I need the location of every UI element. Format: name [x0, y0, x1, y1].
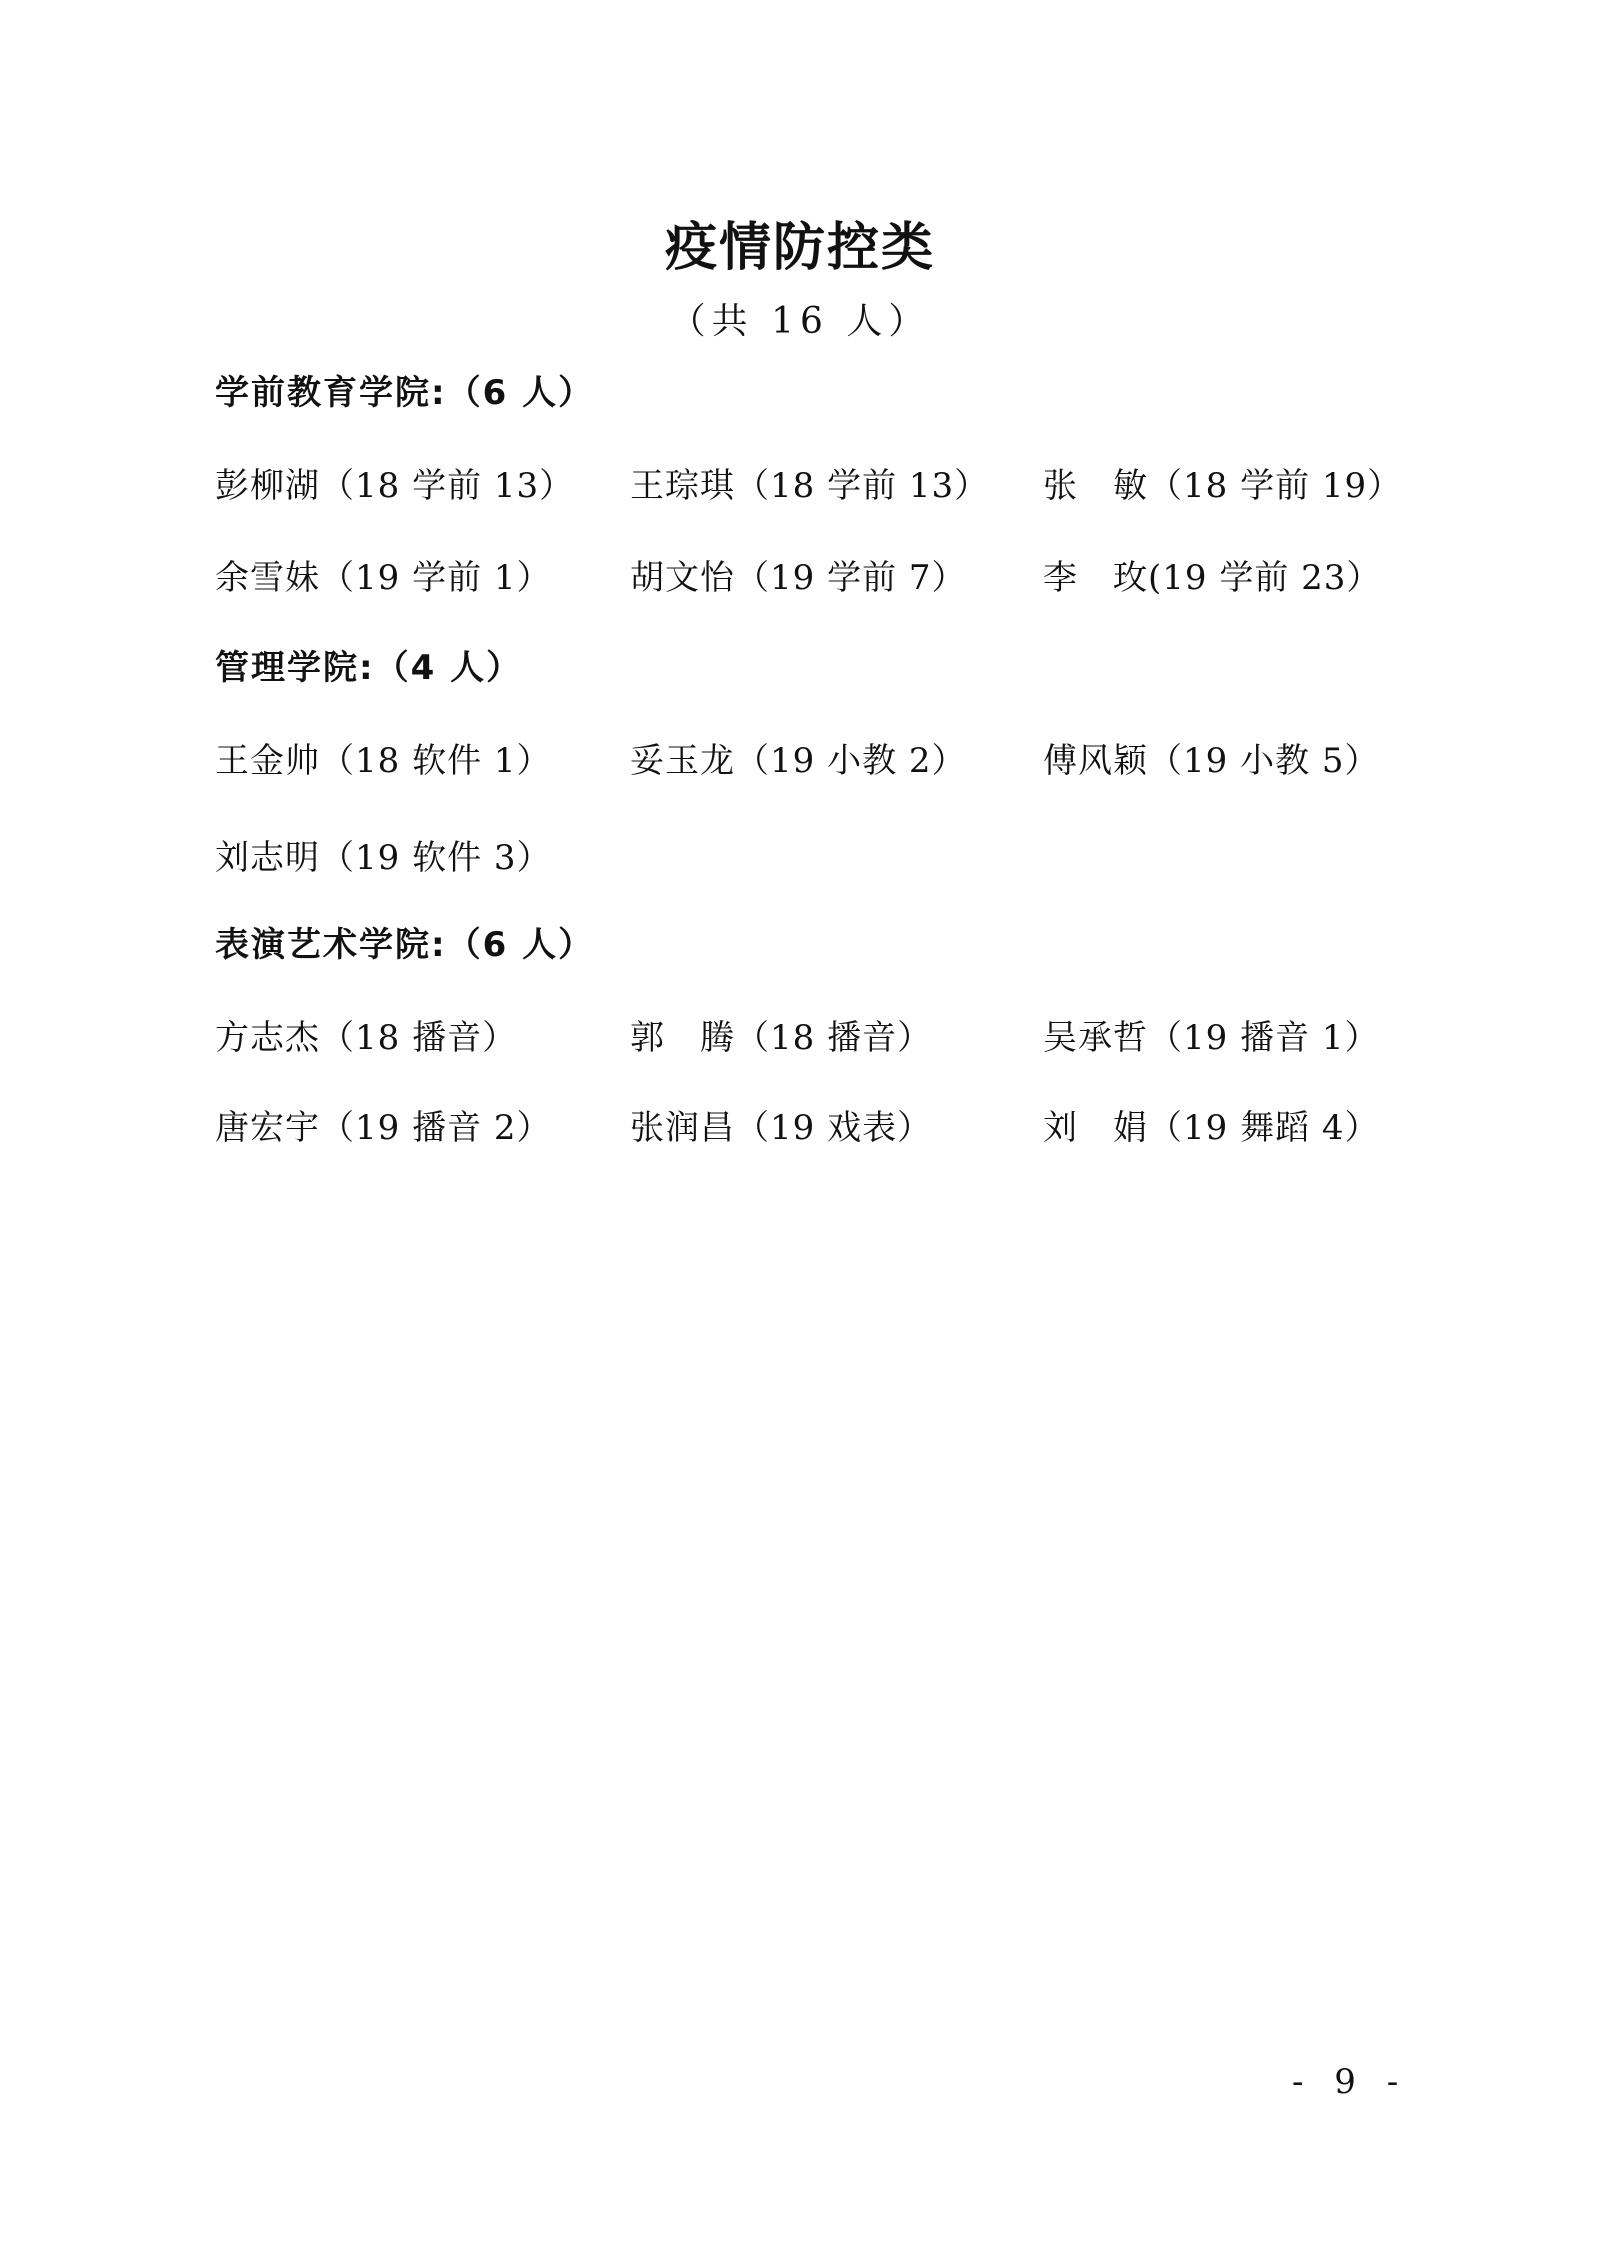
section-heading-performing-arts: 表演艺术学院:（6 人）	[215, 917, 594, 966]
list-item: 张 敏（18 学前 19）	[1043, 458, 1402, 507]
page-subtitle: （共 16 人）	[0, 293, 1600, 344]
section-heading-management: 管理学院:（4 人）	[215, 640, 522, 689]
section-heading-preschool: 学前教育学院:（6 人）	[215, 365, 594, 414]
list-item: 张润昌（19 戏表）	[630, 1100, 932, 1149]
list-item: 妥玉龙（19 小教 2）	[630, 733, 967, 782]
list-item: 傅风颖（19 小教 5）	[1043, 733, 1380, 782]
page-title: 疫情防控类	[0, 205, 1600, 280]
list-item: 彭柳湖（18 学前 13）	[215, 458, 574, 507]
list-item: 唐宏宇（19 播音 2）	[215, 1100, 552, 1149]
list-item: 胡文怡（19 学前 7）	[630, 550, 967, 599]
list-item: 方志杰（18 播音）	[215, 1010, 517, 1059]
list-item: 李 玫(19 学前 23）	[1043, 550, 1381, 599]
list-item: 余雪妹（19 学前 1）	[215, 550, 552, 599]
list-item: 郭 腾（18 播音）	[630, 1010, 932, 1059]
list-item: 王琮琪（18 学前 13）	[630, 458, 989, 507]
list-item: 刘 娟（19 舞蹈 4）	[1043, 1100, 1380, 1149]
list-item: 王金帅（18 软件 1）	[215, 733, 552, 782]
list-item: 吴承哲（19 播音 1）	[1043, 1010, 1380, 1059]
page-number: - 9 -	[1292, 2062, 1408, 2102]
list-item: 刘志明（19 软件 3）	[215, 830, 552, 879]
